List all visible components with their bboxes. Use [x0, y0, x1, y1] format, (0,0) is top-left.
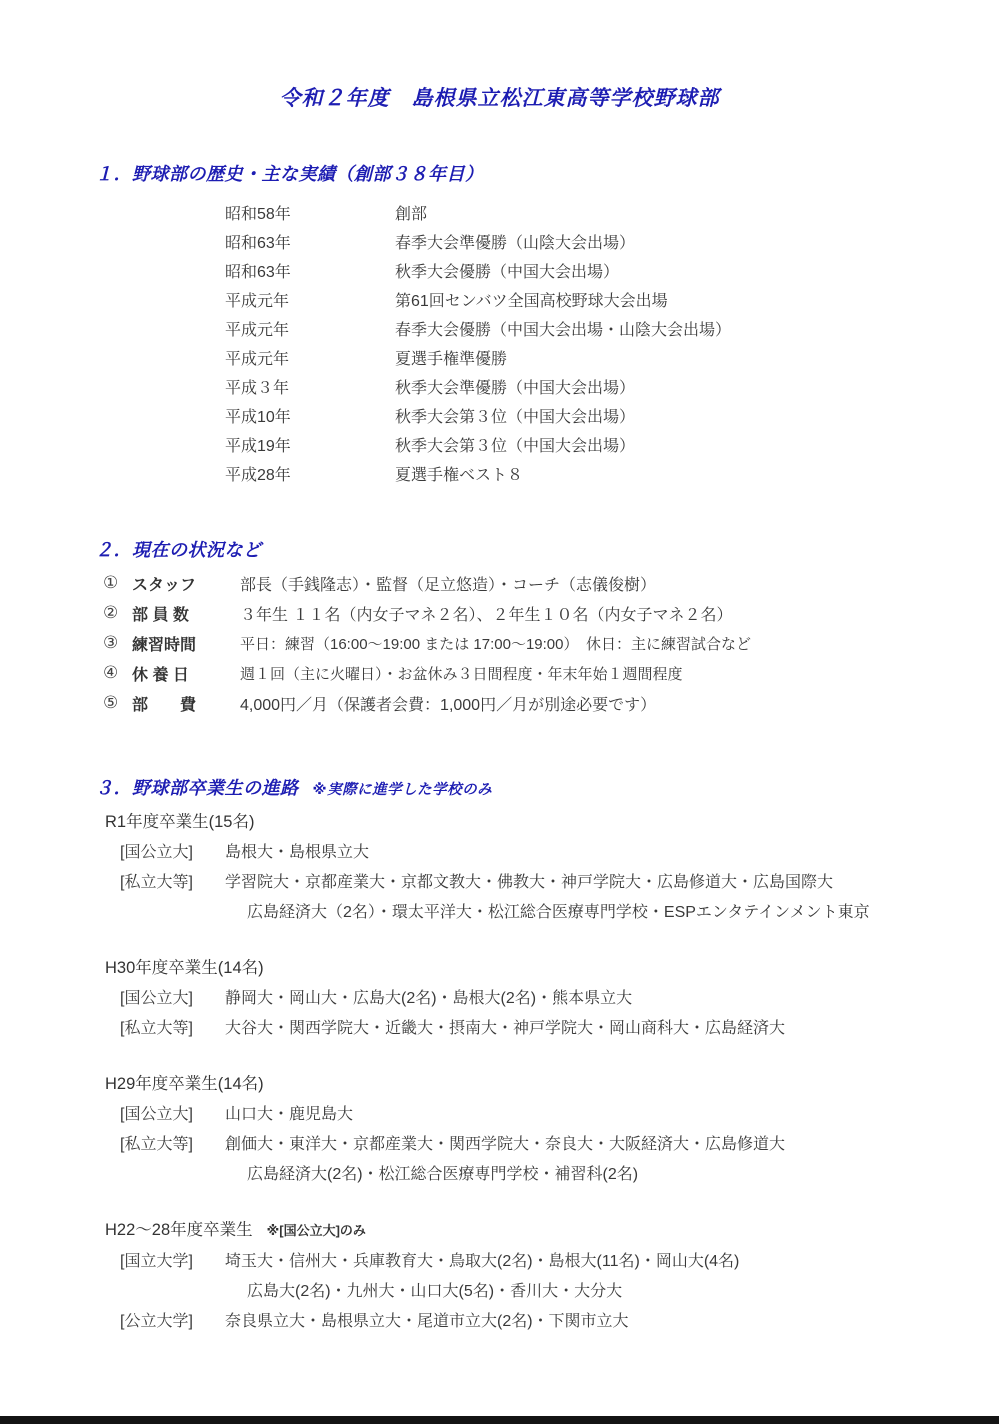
history-desc: 春季大会優勝（中国大会出場・山陰大会出場） [395, 317, 999, 340]
status-list: ① スタッフ 部長（手銭隆志）・監督（足立悠造）・コーチ（志儀俊樹） ② 部 員… [95, 568, 999, 718]
section-status: ２．現在の状況など ① スタッフ 部長（手銭隆志）・監督（足立悠造）・コーチ（志… [95, 538, 999, 718]
history-row: 平成28年 夏選手権ベスト８ [225, 459, 999, 488]
history-desc: 秋季大会準優勝（中国大会出場） [395, 375, 999, 398]
status-row-members: ② 部 員 数 ３年生 １１名（内女子マネ２名）、２年生１０名（内女子マネ２名） [103, 598, 999, 628]
section-status-heading: ２．現在の状況など [95, 538, 999, 562]
graduates-category-label: [私立大等] [120, 1014, 225, 1044]
graduates-row: [私立大等] 大谷大・関西学院大・近畿大・摂南大・神戸学院大・岡山商科大・広島経… [105, 1014, 999, 1044]
graduates-row: [私立大等] 学習院大・京都産業大・京都文教大・佛教大・神戸学院大・広島修道大・… [105, 868, 999, 928]
page-bottom-border [0, 1416, 999, 1424]
history-year: 平成元年 [225, 288, 395, 311]
graduates-schools: 創価大・東洋大・京都産業大・関西学院大・奈良大・大阪経済大・広島修道大 [225, 1130, 999, 1160]
history-list: 昭和58年 創部 昭和63年 春季大会準優勝（山陰大会出場） 昭和63年 秋季大… [225, 198, 999, 488]
history-year: 平成19年 [225, 433, 395, 456]
history-row: 平成19年 秋季大会第３位（中国大会出場） [225, 430, 999, 459]
history-year: 平成元年 [225, 346, 395, 369]
section-careers: ３．野球部卒業生の進路※実際に進学した学校のみ R1年度卒業生(15名) [国公… [95, 776, 999, 1337]
section-careers-heading-row: ３．野球部卒業生の進路※実際に進学した学校のみ [95, 776, 999, 800]
page-title: 令和２年度 島根県立松江東高等学校野球部 [0, 0, 999, 112]
graduates-group-title-text: H22～28年度卒業生 [105, 1221, 253, 1239]
graduates-row: [国公立大] 島根大・島根県立大 [105, 838, 999, 868]
graduates-schools: 広島経済大(2名)・松江総合医療専門学校・補習科(2名) [225, 1160, 999, 1190]
status-row-club-fee: ⑤ 部 費 4,000円／月（保護者会費：1,000円／月が別途必要です） [103, 688, 999, 718]
history-row: 平成元年 第61回センバツ全国高校野球大会出場 [225, 285, 999, 314]
status-row-staff: ① スタッフ 部長（手銭隆志）・監督（足立悠造）・コーチ（志儀俊樹） [103, 568, 999, 598]
history-year: 平成３年 [225, 375, 395, 398]
graduates-group-h29: H29年度卒業生(14名) [国公立大] 山口大・鹿児島大 [私立大等] 創価大… [105, 1068, 999, 1190]
circled-number: ② [103, 603, 132, 623]
graduates-row: [国公立大] 静岡大・岡山大・広島大(2名)・島根大(2名)・熊本県立大 [105, 984, 999, 1014]
status-label: スタッフ [132, 572, 240, 595]
circled-number: ④ [103, 663, 132, 683]
history-row: 平成元年 夏選手権準優勝 [225, 343, 999, 372]
history-desc: 夏選手権準優勝 [395, 346, 999, 369]
graduates-group-title: H29年度卒業生(14名) [105, 1068, 999, 1100]
history-row: 平成３年 秋季大会準優勝（中国大会出場） [225, 372, 999, 401]
graduates-row: [国公立大] 山口大・鹿児島大 [105, 1100, 999, 1130]
graduates-group-title: H30年度卒業生(14名) [105, 952, 999, 984]
status-label: 部 費 [132, 692, 240, 715]
history-year: 昭和58年 [225, 201, 395, 224]
graduates-schools: 大谷大・関西学院大・近畿大・摂南大・神戸学院大・岡山商科大・広島経済大 [225, 1014, 999, 1044]
history-year: 平成元年 [225, 317, 395, 340]
graduates-schools: 山口大・鹿児島大 [225, 1100, 999, 1130]
graduates-category-label: [国公立大] [120, 838, 225, 868]
history-desc: 春季大会準優勝（山陰大会出場） [395, 230, 999, 253]
circled-number: ① [103, 573, 132, 593]
graduates-group-title: H22～28年度卒業生※[国公立大]のみ [105, 1214, 999, 1247]
graduates-schools: 埼玉大・信州大・兵庫教育大・鳥取大(2名)・島根大(11名)・岡山大(4名) [225, 1247, 999, 1277]
status-desc: ３年生 １１名（内女子マネ２名）、２年生１０名（内女子マネ２名） [240, 602, 999, 625]
graduates-schools: 奈良県立大・島根県立大・尾道市立大(2名)・下関市立大 [225, 1307, 999, 1337]
graduates-row: [公立大学] 奈良県立大・島根県立大・尾道市立大(2名)・下関市立大 [105, 1307, 999, 1337]
history-row: 昭和58年 創部 [225, 198, 999, 227]
graduates-schools: 静岡大・岡山大・広島大(2名)・島根大(2名)・熊本県立大 [225, 984, 999, 1014]
graduates-group-h22-28: H22～28年度卒業生※[国公立大]のみ [国立大学] 埼玉大・信州大・兵庫教育… [105, 1214, 999, 1337]
status-desc: 平日：練習（16:00～19:00 または 17:00～19:00） 休日：主に… [240, 633, 999, 654]
history-row: 平成10年 秋季大会第３位（中国大会出場） [225, 401, 999, 430]
graduates-schools: 学習院大・京都産業大・京都文教大・佛教大・神戸学院大・広島修道大・広島国際大 [225, 868, 999, 898]
circled-number: ⑤ [103, 693, 132, 713]
status-label: 練習時間 [132, 632, 240, 655]
history-desc: 秋季大会第３位（中国大会出場） [395, 433, 999, 456]
section-careers-heading: ３．野球部卒業生の進路 [95, 778, 299, 798]
graduates-category-label: [私立大等] [120, 1130, 225, 1190]
document-page: 令和２年度 島根県立松江東高等学校野球部 １．野球部の歴史・主な実績（創部３８年… [0, 0, 999, 1424]
status-row-practice-time: ③ 練習時間 平日：練習（16:00～19:00 または 17:00～19:00… [103, 628, 999, 658]
history-year: 昭和63年 [225, 259, 395, 282]
history-desc: 第61回センバツ全国高校野球大会出場 [395, 288, 999, 311]
history-row: 昭和63年 春季大会準優勝（山陰大会出場） [225, 227, 999, 256]
graduates-group-r1: R1年度卒業生(15名) [国公立大] 島根大・島根県立大 [私立大等] 学習院… [105, 806, 999, 928]
status-desc: 部長（手銭隆志）・監督（足立悠造）・コーチ（志儀俊樹） [240, 572, 999, 595]
status-label: 休 養 日 [132, 662, 240, 685]
graduates-schools: 島根大・島根県立大 [225, 838, 999, 868]
history-desc: 夏選手権ベスト８ [395, 462, 999, 485]
history-year: 昭和63年 [225, 230, 395, 253]
status-desc: 4,000円／月（保護者会費：1,000円／月が別途必要です） [240, 692, 999, 715]
graduates-group-title: R1年度卒業生(15名) [105, 806, 999, 838]
history-year: 平成10年 [225, 404, 395, 427]
history-desc: 秋季大会優勝（中国大会出場） [395, 259, 999, 282]
graduates-category-label: [国公立大] [120, 984, 225, 1014]
section-history-heading: １．野球部の歴史・主な実績（創部３８年目） [95, 162, 999, 186]
graduates-group-note: ※[国公立大]のみ [267, 1223, 366, 1238]
status-row-rest-day: ④ 休 養 日 週１回（主に火曜日）・お盆休み３日間程度・年末年始１週間程度 [103, 658, 999, 688]
status-desc: 週１回（主に火曜日）・お盆休み３日間程度・年末年始１週間程度 [240, 663, 999, 684]
graduates-schools: 広島大(2名)・九州大・山口大(5名)・香川大・大分大 [225, 1277, 999, 1307]
graduates-category-label: [公立大学] [120, 1307, 225, 1337]
circled-number: ③ [103, 633, 132, 653]
history-row: 平成元年 春季大会優勝（中国大会出場・山陰大会出場） [225, 314, 999, 343]
graduates-row: [国立大学] 埼玉大・信州大・兵庫教育大・鳥取大(2名)・島根大(11名)・岡山… [105, 1247, 999, 1307]
history-year: 平成28年 [225, 462, 395, 485]
history-desc: 創部 [395, 201, 999, 224]
graduates-row: [私立大等] 創価大・東洋大・京都産業大・関西学院大・奈良大・大阪経済大・広島修… [105, 1130, 999, 1190]
section-careers-note: ※実際に進学した学校のみ [313, 782, 493, 798]
history-row: 昭和63年 秋季大会優勝（中国大会出場） [225, 256, 999, 285]
graduates-category-label: [私立大等] [120, 868, 225, 928]
graduates-category-label: [国立大学] [120, 1247, 225, 1307]
graduates-schools: 広島経済大（2名）・環太平洋大・松江総合医療専門学校・ESPエンタテインメント東… [225, 898, 999, 928]
section-history: １．野球部の歴史・主な実績（創部３８年目） 昭和58年 創部 昭和63年 春季大… [95, 162, 999, 488]
status-label: 部 員 数 [132, 602, 240, 625]
history-desc: 秋季大会第３位（中国大会出場） [395, 404, 999, 427]
graduates-category-label: [国公立大] [120, 1100, 225, 1130]
graduates-group-h30: H30年度卒業生(14名) [国公立大] 静岡大・岡山大・広島大(2名)・島根大… [105, 952, 999, 1044]
